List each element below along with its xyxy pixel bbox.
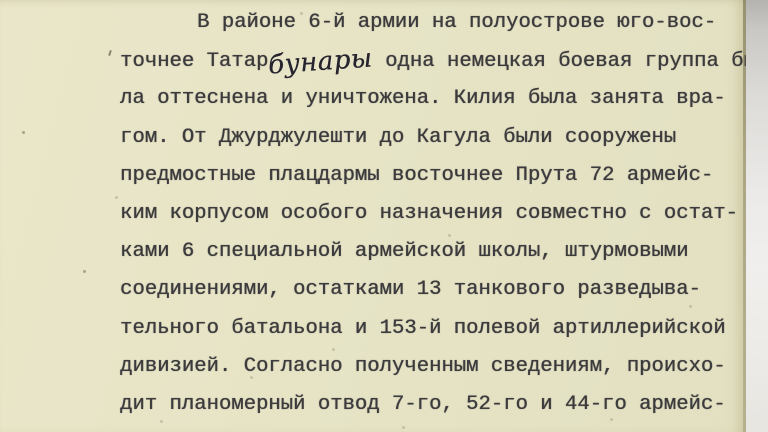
paper-speck	[448, 234, 451, 237]
document-line: ким корпусом особого назначения совместн…	[120, 195, 746, 233]
paper-speck	[300, 12, 303, 15]
handwritten-correction: бунары	[267, 40, 374, 85]
document-line: ками 6 специальной армейской школы, штур…	[120, 233, 746, 271]
typed-text: одна немецкая боевая группа бы-	[373, 50, 746, 73]
document-line: тельного батальона и 153-й полевой артил…	[120, 310, 746, 348]
typed-text: точнее Татар	[120, 50, 268, 73]
paper-speck	[402, 426, 405, 429]
paper-speck	[108, 50, 112, 56]
document-line: точнее Татарбунары одна немецкая боевая …	[120, 42, 746, 80]
paper-speck	[689, 305, 692, 308]
document-scan: В районе 6-й армии на полуострове юго-во…	[0, 0, 746, 432]
paper-speck	[160, 420, 163, 423]
document-line: предмостные плацдармы восточнее Прута 72…	[120, 157, 746, 195]
paper-speck	[115, 196, 118, 199]
paper-speck	[332, 348, 335, 351]
paper-speck	[83, 270, 86, 273]
document-line: В районе 6-й армии на полуострове юго-во…	[120, 4, 746, 42]
paper-speck	[22, 131, 25, 134]
paper-edge-shadow	[743, 0, 746, 432]
document-line: дивизией. Согласно полученным сведениям,…	[120, 348, 746, 386]
paper-speck	[610, 418, 613, 421]
paper-speck	[540, 133, 543, 136]
document-line: соединениями, остатками 13 танкового раз…	[120, 271, 746, 309]
typewritten-paragraph: В районе 6-й армии на полуострове юго-во…	[120, 4, 746, 424]
document-line: ла оттеснена и уничтожена. Килия была за…	[120, 80, 746, 118]
paper-speck	[250, 376, 253, 379]
document-line: гом. От Джурджулешти до Кагула были соор…	[120, 119, 746, 157]
document-line: дит планомерный отвод 7-го, 52-го и 44-г…	[120, 386, 746, 424]
